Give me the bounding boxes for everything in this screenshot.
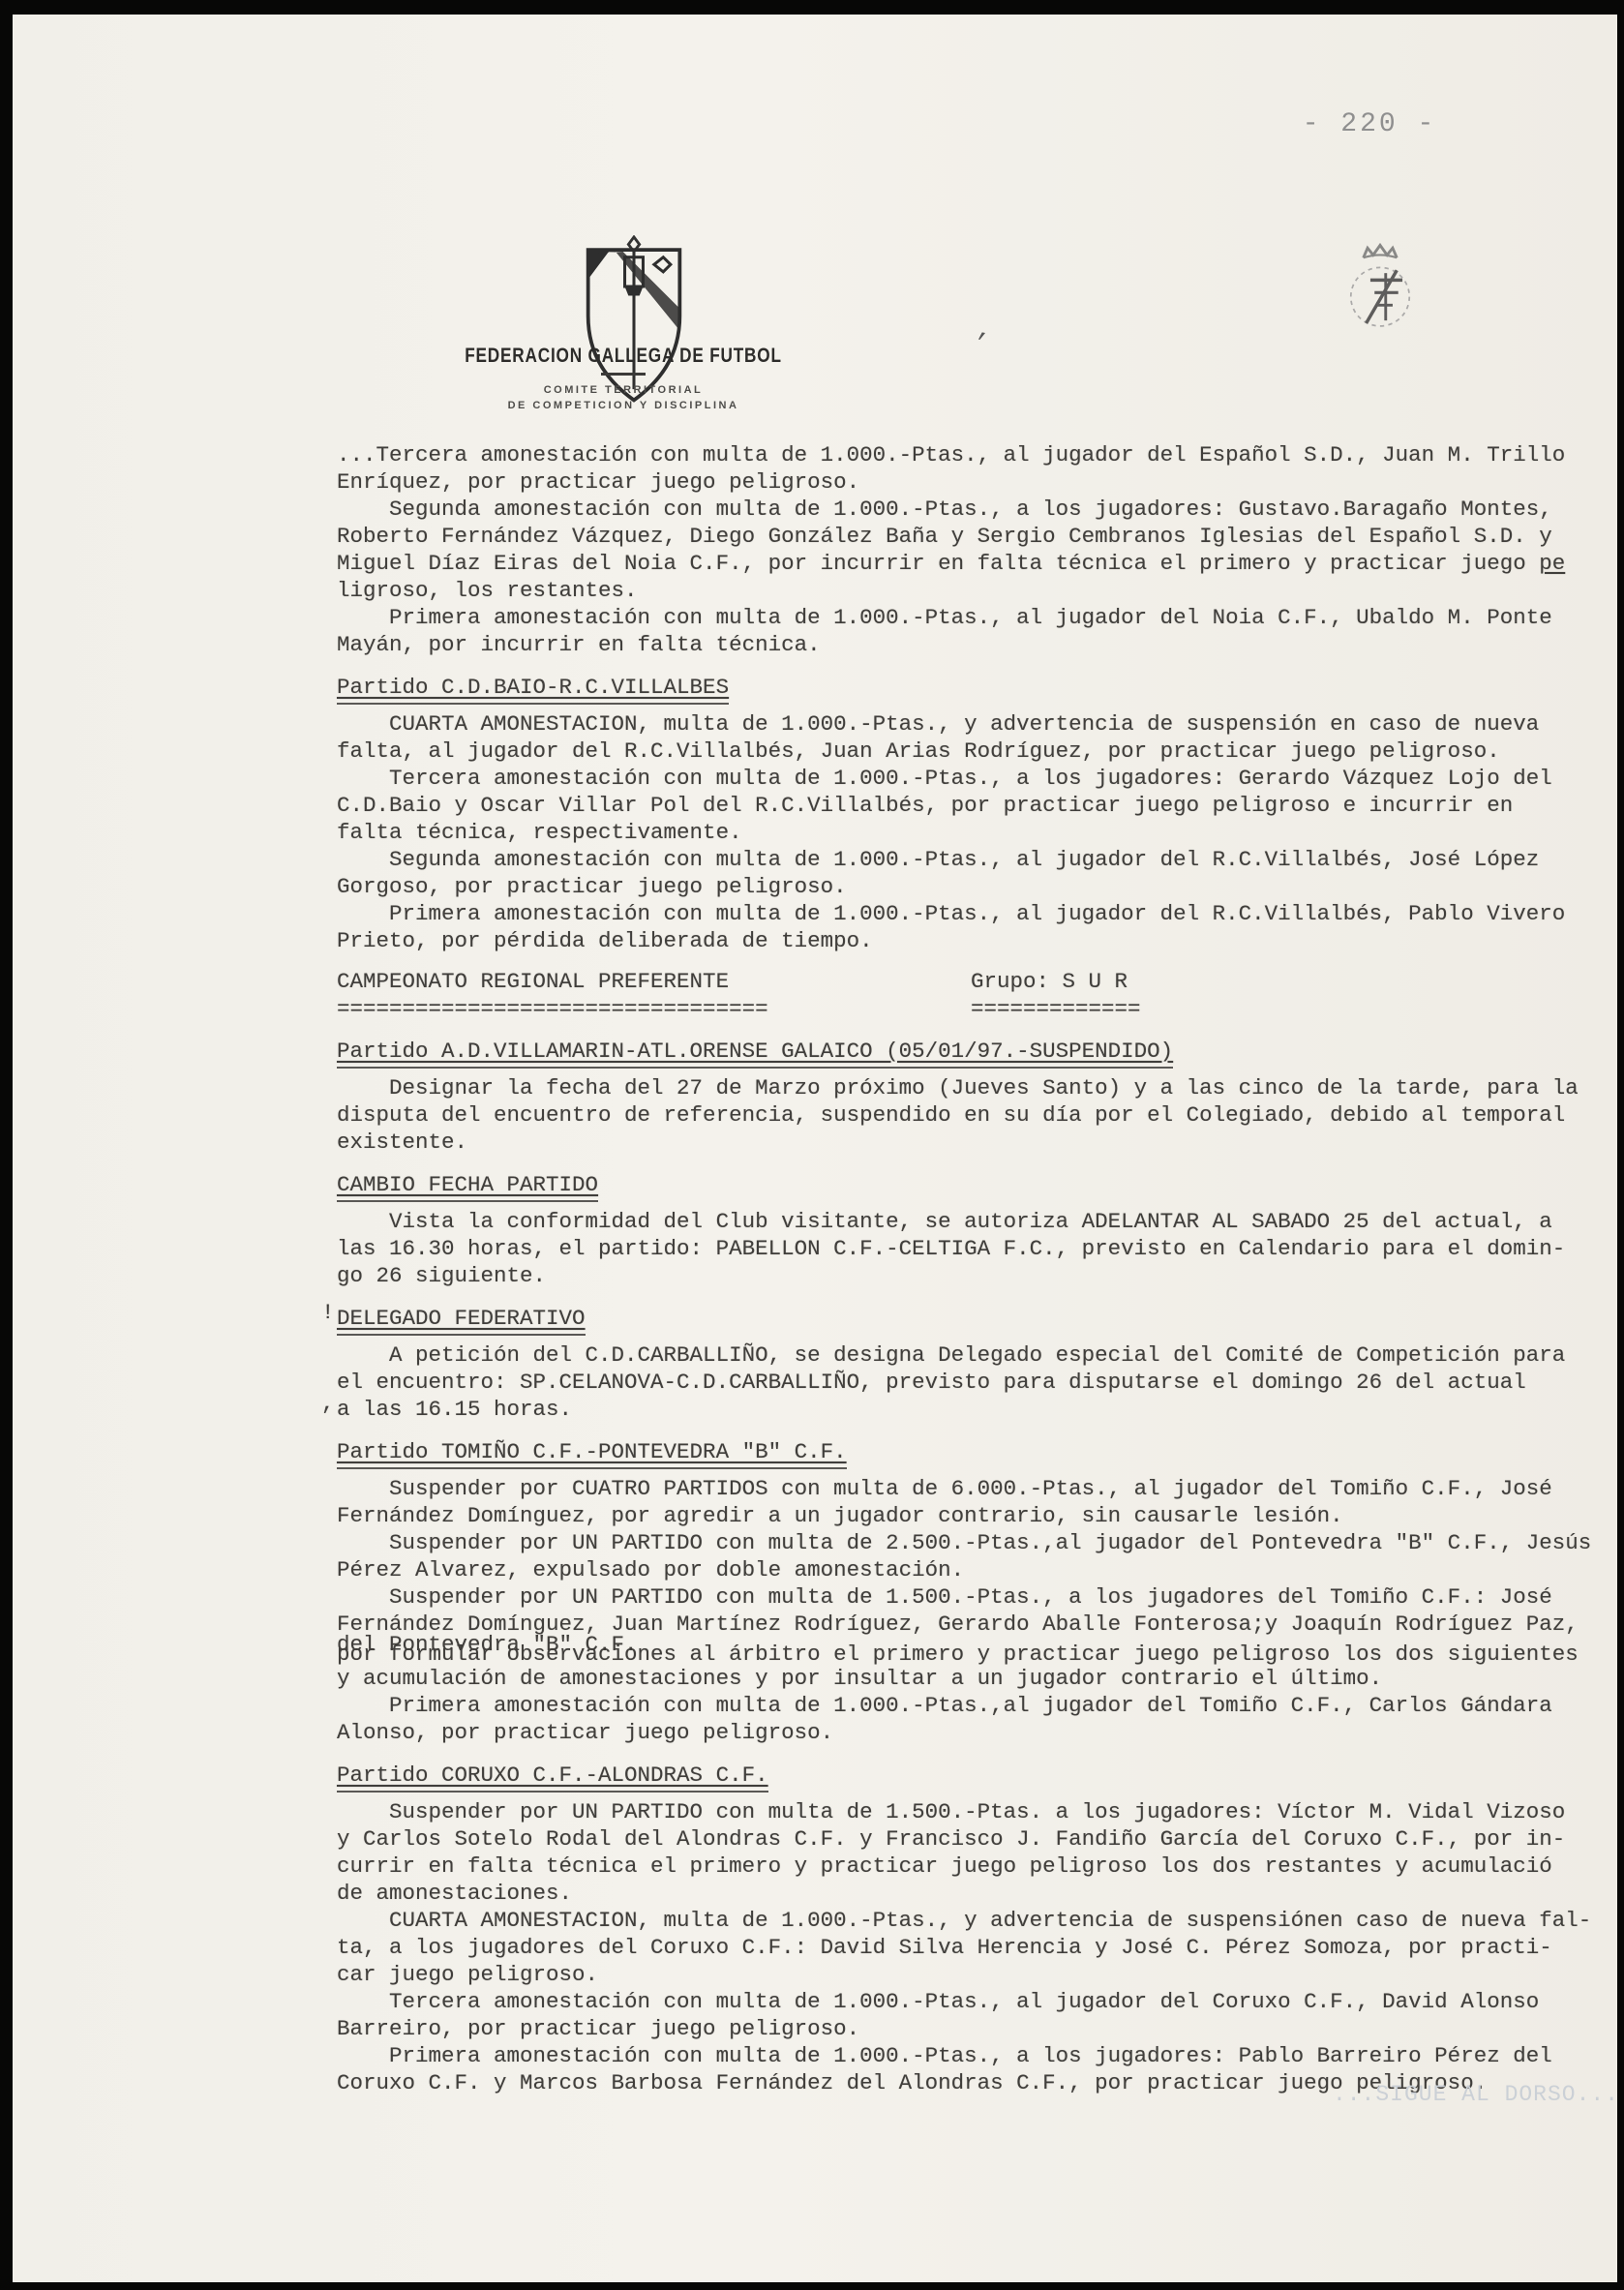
section-heading: !DELEGADO FEDERATIVO bbox=[337, 1305, 1624, 1334]
document-line: el encuentro: SP.CELANOVA-C.D.CARBALLIÑO… bbox=[337, 1369, 1624, 1396]
document-page: - 220 - FEDERACION GALLEGA DE FUTBOL COM… bbox=[13, 15, 1617, 2282]
document-line: Vista la conformidad del Club visitante,… bbox=[337, 1208, 1624, 1235]
document-line: del Pontevedra "B" C.F.por formular obse… bbox=[337, 1638, 1624, 1665]
document-body: ...Tercera amonestación con multa de 1.0… bbox=[337, 441, 1624, 2096]
document-line: disputa del encuentro de referencia, sus… bbox=[337, 1101, 1624, 1129]
fef-crest-logo bbox=[1345, 240, 1415, 337]
document-line: Primera amonestación con multa de 1.000.… bbox=[337, 1692, 1624, 1719]
document-line: Suspender por UN PARTIDO con multa de 1.… bbox=[337, 1583, 1624, 1611]
document-line: Mayán, por incurrir en falta técnica. bbox=[337, 631, 1624, 658]
page-number: - 220 - bbox=[1297, 109, 1442, 139]
document-line: Tercera amonestación con multa de 1.000.… bbox=[337, 765, 1624, 792]
document-line: C.D.Baio y Oscar Villar Pol del R.C.Vill… bbox=[337, 792, 1624, 819]
document-line: ...Tercera amonestación con multa de 1.0… bbox=[337, 441, 1624, 468]
section-heading: Partido C.D.BAIO-R.C.VILLALBES bbox=[337, 674, 1624, 703]
competition-heading-rule: ========================================… bbox=[337, 995, 1624, 1022]
document-line: Enríquez, por practicar juego peligroso. bbox=[337, 468, 1624, 496]
document-line: A petición del C.D.CARBALLIÑO, se design… bbox=[337, 1341, 1624, 1369]
document-line: Fernández Domínguez, por agredir a un ju… bbox=[337, 1502, 1624, 1529]
competition-heading: CAMPEONATO REGIONAL PREFERENTEGrupo: S U… bbox=[337, 968, 1624, 995]
committee-line-2: DE COMPETICION Y DISCIPLINA bbox=[352, 400, 894, 411]
section-heading: CAMBIO FECHA PARTIDO bbox=[337, 1171, 1624, 1200]
document-line: Primera amonestación con multa de 1.000.… bbox=[337, 900, 1624, 927]
document-line: de amonestaciones. bbox=[337, 1880, 1624, 1907]
document-line: Barreiro, por practicar juego peligroso. bbox=[337, 2015, 1624, 2042]
document-line: Tercera amonestación con multa de 1.000.… bbox=[337, 1988, 1624, 2015]
document-line: CUARTA AMONESTACION, multa de 1.000.-Pta… bbox=[337, 1907, 1624, 1934]
document-line: Pérez Alvarez, expulsado por doble amone… bbox=[337, 1556, 1624, 1583]
document-line: Miguel Díaz Eiras del Noia C.F., por inc… bbox=[337, 550, 1624, 577]
letterhead: FEDERACION GALLEGA DE FUTBOL COMITE TERR… bbox=[352, 344, 894, 411]
document-line: Segunda amonestación con multa de 1.000.… bbox=[337, 496, 1624, 523]
document-line: las 16.30 horas, el partido: PABELLON C.… bbox=[337, 1235, 1624, 1262]
document-line: y Carlos Sotelo Rodal del Alondras C.F. … bbox=[337, 1825, 1624, 1853]
document-line: CUARTA AMONESTACION, multa de 1.000.-Pta… bbox=[337, 710, 1624, 738]
document-line: Prieto, por pérdida deliberada de tiempo… bbox=[337, 927, 1624, 954]
section-heading: Partido CORUXO C.F.-ALONDRAS C.F. bbox=[337, 1762, 1624, 1791]
document-line: Primera amonestación con multa de 1.000.… bbox=[337, 2042, 1624, 2069]
document-line: falta técnica, respectivamente. bbox=[337, 819, 1624, 846]
document-line: Suspender por CUATRO PARTIDOS con multa … bbox=[337, 1475, 1624, 1502]
committee-line-1: COMITE TERRITORIAL bbox=[352, 384, 894, 396]
document-line: Gorgoso, por practicar juego peligroso. bbox=[337, 873, 1624, 900]
scanned-document: - 220 - FEDERACION GALLEGA DE FUTBOL COM… bbox=[0, 0, 1624, 2290]
document-line: y acumulación de amonestaciones y por in… bbox=[337, 1665, 1624, 1692]
document-line: Roberto Fernández Vázquez, Diego Gonzále… bbox=[337, 523, 1624, 550]
document-line: falta, al jugador del R.C.Villalbés, Jua… bbox=[337, 738, 1624, 765]
document-line: Designar la fecha del 27 de Marzo próxim… bbox=[337, 1074, 1624, 1101]
document-line: Alonso, por practicar juego peligroso. bbox=[337, 1719, 1624, 1746]
document-line: go 26 siguiente. bbox=[337, 1262, 1624, 1289]
organization-name: FEDERACION GALLEGA DE FUTBOL bbox=[406, 344, 840, 368]
document-line: Primera amonestación con multa de 1.000.… bbox=[337, 604, 1624, 631]
section-heading: Partido TOMIÑO C.F.-PONTEVEDRA "B" C.F. bbox=[337, 1438, 1624, 1467]
stray-mark: ’ bbox=[970, 328, 991, 360]
continuation-note: ...SIGUE AL DORSO... bbox=[1000, 2082, 1619, 2107]
document-line: car juego peligroso. bbox=[337, 1961, 1624, 1988]
letterhead-rule bbox=[601, 373, 646, 376]
document-line: ligroso, los restantes. bbox=[337, 577, 1624, 604]
document-line: existente. bbox=[337, 1129, 1624, 1156]
document-line: Segunda amonestación con multa de 1.000.… bbox=[337, 846, 1624, 873]
document-line: Suspender por UN PARTIDO con multa de 1.… bbox=[337, 1798, 1624, 1825]
document-line: Suspender por UN PARTIDO con multa de 2.… bbox=[337, 1529, 1624, 1556]
document-line: ta, a los jugadores del Coruxo C.F.: Dav… bbox=[337, 1934, 1624, 1961]
document-line: ,a las 16.15 horas. bbox=[337, 1396, 1624, 1423]
section-heading: Partido A.D.VILLAMARIN-ATL.ORENSE GALAIC… bbox=[337, 1038, 1624, 1067]
document-line: currir en falta técnica el primero y pra… bbox=[337, 1853, 1624, 1880]
